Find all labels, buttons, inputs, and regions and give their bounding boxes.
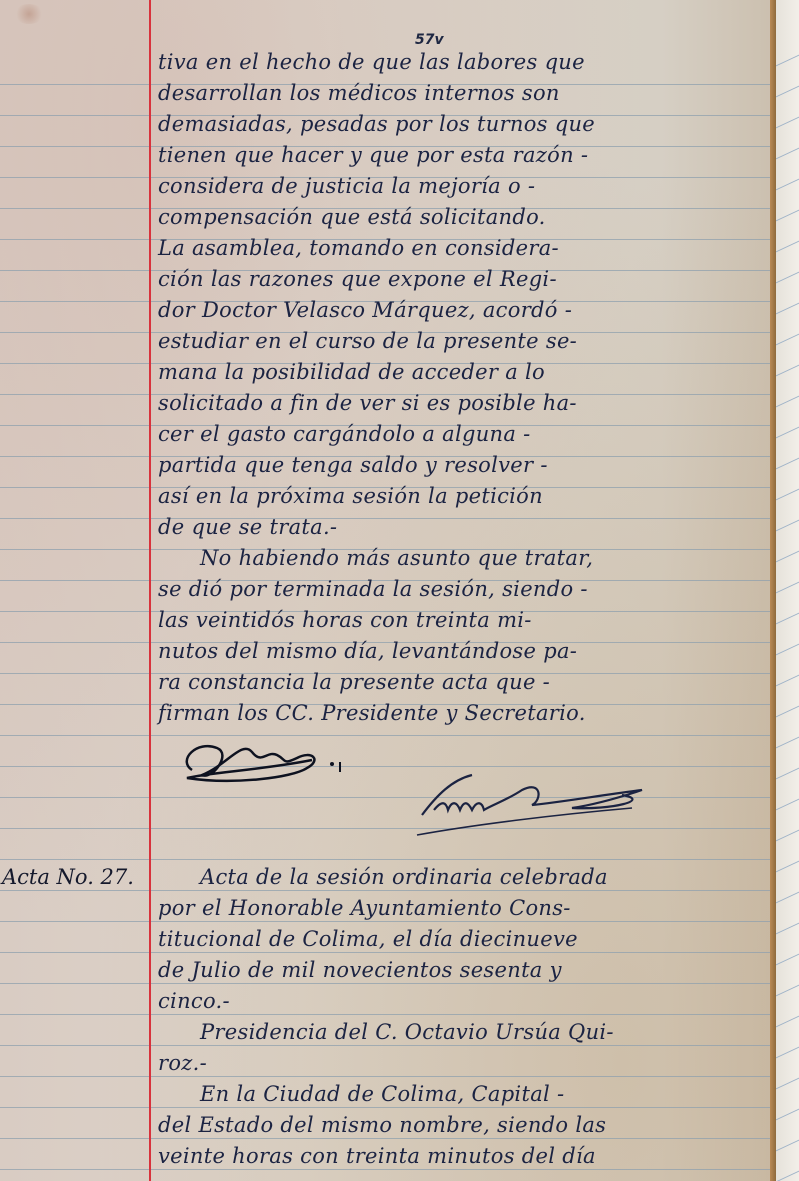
adjacent-ruled-line bbox=[776, 365, 799, 377]
adjacent-ruled-line bbox=[776, 923, 799, 935]
ruled-line bbox=[0, 859, 772, 860]
text-line: La asamblea, tomando en considera- bbox=[158, 233, 559, 264]
text-line: estudiar en el curso de la presente se- bbox=[158, 326, 577, 357]
adjacent-ruled-line bbox=[776, 985, 799, 997]
text-line: las veintidós horas con treinta mi- bbox=[158, 605, 532, 636]
adjacent-ruled-line bbox=[776, 489, 799, 501]
text-line: se dió por terminada la sesión, siendo - bbox=[158, 574, 588, 605]
text-line: tiva en el hecho de que las labores que bbox=[158, 47, 585, 78]
text-line: ra constancia la presente acta que - bbox=[158, 667, 550, 698]
text-line: desarrollan los médicos internos son bbox=[158, 78, 560, 109]
text-line: compensación que está solicitando. bbox=[158, 202, 546, 233]
adjacent-ruled-line bbox=[776, 954, 799, 966]
adjacent-ruled-line bbox=[776, 334, 799, 346]
ruled-line bbox=[0, 766, 772, 767]
text-line: titucional de Colima, el día diecinueve bbox=[158, 924, 578, 955]
adjacent-ruled-line bbox=[776, 644, 799, 656]
adjacent-ruled-line bbox=[776, 210, 799, 222]
adjacent-ruled-line bbox=[776, 117, 799, 129]
text-line: por el Honorable Ayuntamiento Cons- bbox=[158, 893, 571, 924]
adjacent-ruled-line bbox=[776, 613, 799, 625]
folio-number: 57v bbox=[415, 32, 444, 48]
adjacent-ruled-line bbox=[776, 303, 799, 315]
adjacent-ruled-line bbox=[776, 520, 799, 532]
text-line: No habiendo más asunto que tratar, bbox=[200, 543, 593, 574]
ruled-line bbox=[0, 518, 772, 519]
text-line: demasiadas, pesadas por los turnos que bbox=[158, 109, 595, 140]
text-line: de que se trata.- bbox=[158, 512, 337, 543]
text-line: Presidencia del C. Octavio Ursúa Qui- bbox=[200, 1017, 614, 1048]
text-line: Acta de la sesión ordinaria celebrada bbox=[200, 862, 608, 893]
adjacent-ruled-line bbox=[776, 675, 799, 687]
text-line: del Estado del mismo nombre, siendo las bbox=[158, 1110, 606, 1141]
text-line: cer el gasto cargándolo a alguna - bbox=[158, 419, 531, 450]
text-line: nutos del mismo día, levantándose pa- bbox=[158, 636, 577, 667]
adjacent-ruled-line bbox=[776, 148, 799, 160]
adjacent-ruled-line bbox=[776, 582, 799, 594]
text-line: solicitado a fin de ver si es posible ha… bbox=[158, 388, 577, 419]
adjacent-ruled-line bbox=[776, 768, 799, 780]
adjacent-ruled-line bbox=[776, 272, 799, 284]
signature-president bbox=[172, 730, 372, 790]
adjacent-ruled-line bbox=[776, 179, 799, 191]
text-line: roz.- bbox=[158, 1048, 207, 1079]
adjacent-page-edge bbox=[776, 0, 799, 1181]
ruled-line bbox=[0, 1014, 772, 1015]
red-margin-line bbox=[149, 0, 151, 1181]
text-line: ción las razones que expone el Regi- bbox=[158, 264, 557, 295]
adjacent-ruled-line bbox=[776, 830, 799, 842]
adjacent-ruled-line bbox=[776, 737, 799, 749]
text-line: partida que tenga saldo y resolver - bbox=[158, 450, 548, 481]
adjacent-ruled-line bbox=[776, 86, 799, 98]
text-line: así en la próxima sesión la petición bbox=[158, 481, 543, 512]
adjacent-ruled-line bbox=[776, 55, 799, 67]
text-line: tienen que hacer y que por esta razón - bbox=[158, 140, 588, 171]
adjacent-ruled-line bbox=[776, 799, 799, 811]
adjacent-ruled-line bbox=[776, 427, 799, 439]
text-line: En la Ciudad de Colima, Capital - bbox=[200, 1079, 564, 1110]
adjacent-ruled-line bbox=[776, 892, 799, 904]
adjacent-ruled-line bbox=[776, 1171, 799, 1181]
ledger-page: 57v tiva en el hecho de que las labores … bbox=[0, 0, 778, 1181]
adjacent-ruled-line bbox=[776, 1109, 799, 1121]
text-line: mana la posibilidad de acceder a lo bbox=[158, 357, 545, 388]
adjacent-ruled-line bbox=[776, 396, 799, 408]
adjacent-ruled-line bbox=[776, 241, 799, 253]
adjacent-ruled-line bbox=[776, 458, 799, 470]
text-line: considera de justicia la mejoría o - bbox=[158, 171, 535, 202]
text-line: cinco.- bbox=[158, 986, 230, 1017]
adjacent-ruled-line bbox=[776, 706, 799, 718]
text-line: de Julio de mil novecientos sesenta y bbox=[158, 955, 562, 986]
adjacent-ruled-line bbox=[776, 1140, 799, 1152]
text-line: dor Doctor Velasco Márquez, acordó - bbox=[158, 295, 572, 326]
adjacent-ruled-line bbox=[776, 1047, 799, 1059]
signature-secretary bbox=[412, 770, 702, 840]
adjacent-ruled-line bbox=[776, 1078, 799, 1090]
adjacent-ruled-line bbox=[776, 551, 799, 563]
text-line: veinte horas con treinta minutos del día bbox=[158, 1141, 596, 1172]
acta-number-label: Acta No. 27. bbox=[2, 862, 134, 893]
ruled-line bbox=[0, 735, 772, 736]
text-line: firman los CC. Presidente y Secretario. bbox=[158, 698, 586, 729]
adjacent-ruled-line bbox=[776, 861, 799, 873]
ruled-line bbox=[0, 1076, 772, 1077]
adjacent-ruled-line bbox=[776, 1016, 799, 1028]
